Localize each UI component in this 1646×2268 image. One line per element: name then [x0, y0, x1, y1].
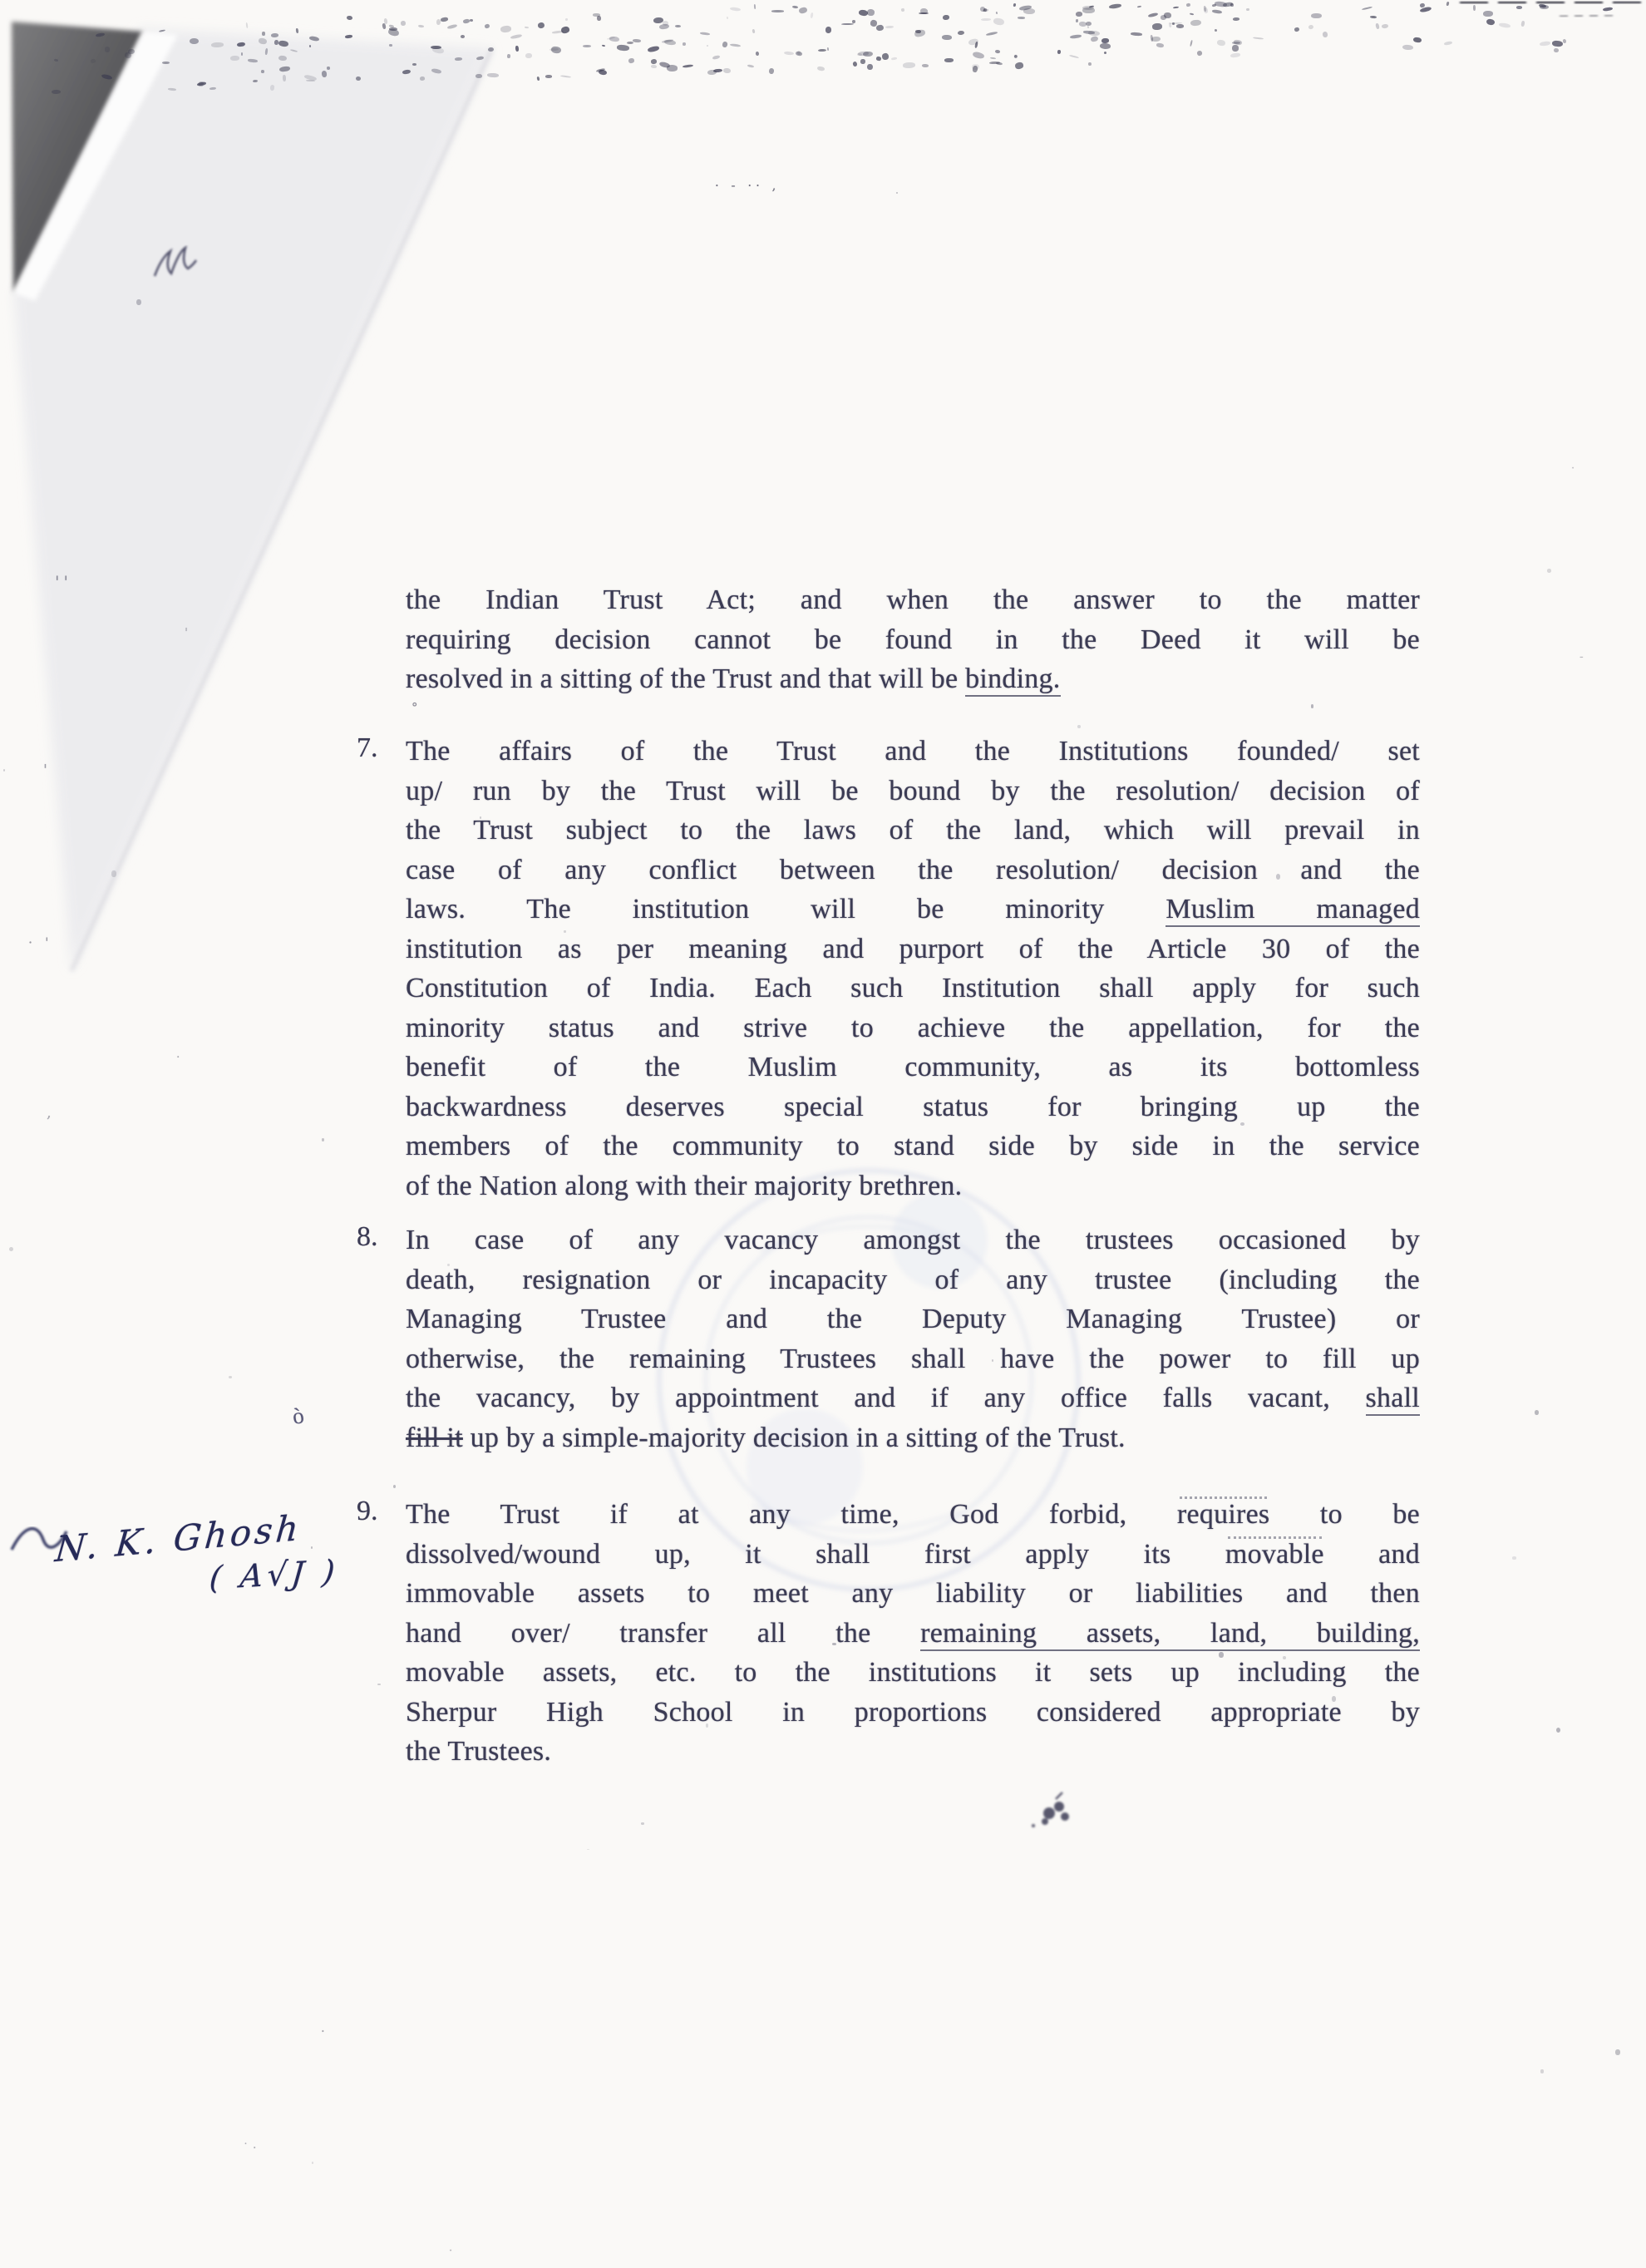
margin-speck: • — [1013, 52, 1023, 64]
scan-noise-speck — [784, 51, 794, 55]
scan-noise-speck — [1232, 42, 1240, 44]
margin-speck: '' — [55, 572, 72, 592]
scan-noise-speck — [1185, 3, 1190, 7]
scan-noise-speck — [1473, 5, 1476, 11]
scan-noise-speck — [754, 4, 756, 9]
scan-noise-speck — [870, 19, 878, 27]
scan-noise-speck — [279, 66, 291, 72]
scan-noise-speck — [707, 45, 709, 47]
scan-noise-speck — [723, 68, 732, 74]
emphasized-text: requires — [1177, 1499, 1270, 1530]
scan-noise-speck — [344, 35, 352, 39]
dust-speck — [1540, 2069, 1545, 2073]
margin-speck: ° — [411, 700, 422, 715]
scan-noise-speck — [1190, 12, 1195, 15]
scan-noise-speck — [1104, 51, 1107, 54]
emphasized-text: Muslim managed — [1166, 894, 1420, 927]
scan-noise-speck — [1446, 2, 1450, 6]
scan-noise-speck — [647, 46, 659, 53]
text-line: case of any conflict between the resolut… — [406, 850, 1420, 890]
scan-noise-speck — [278, 55, 288, 61]
scan-noise-speck — [859, 9, 869, 16]
scan-noise-speck — [795, 52, 802, 57]
paragraph: 9.The Trust if at any time, God forbid, … — [357, 1495, 1420, 1772]
scan-noise-speck — [551, 30, 563, 33]
text-line: benefit of the Muslim community, as its … — [406, 1048, 1420, 1087]
scan-noise-speck — [389, 25, 395, 28]
scan-noise-speck — [309, 36, 320, 42]
scan-noise-speck — [1552, 40, 1563, 47]
scan-noise-speck — [1212, 4, 1216, 7]
scan-noise-speck — [792, 6, 799, 9]
emphasized-text: fill it — [406, 1422, 463, 1453]
scan-noise-speck — [944, 58, 954, 62]
scan-noise-speck — [1076, 19, 1078, 22]
dust-speck — [1512, 1556, 1516, 1559]
scan-noise-speck — [1190, 19, 1201, 26]
scan-noise-speck — [593, 13, 600, 17]
scan-noise-speck — [919, 12, 928, 14]
scan-noise-speck — [769, 68, 774, 75]
scan-noise-speck — [876, 57, 881, 62]
scan-noise-speck — [389, 43, 392, 46]
scan-noise-speck — [1070, 34, 1082, 39]
corner-gap — [13, 32, 178, 301]
scan-noise-speck — [1170, 22, 1182, 25]
scan-noise-speck — [322, 70, 328, 76]
scan-noise-speck — [1101, 38, 1109, 43]
scan-noise-speck — [597, 16, 601, 21]
scan-noise-speck — [901, 8, 904, 12]
scan-noise-speck — [461, 35, 466, 38]
scan-noise-speck — [197, 81, 206, 86]
scan-noise-speck — [537, 22, 545, 29]
scan-noise-speck — [607, 37, 615, 40]
scan-noise-speck — [860, 59, 866, 64]
scan-noise-speck — [1156, 42, 1164, 47]
scan-noise-speck — [627, 42, 633, 45]
text-line: backwardness deserves special status for… — [406, 1087, 1420, 1127]
margin-speck: · — [449, 2245, 456, 2257]
dust-speck — [1556, 1728, 1561, 1733]
scan-noise-speck — [1087, 25, 1089, 28]
scan-noise-speck — [818, 48, 826, 52]
scan-noise-speck — [1602, 7, 1613, 12]
scan-noise-speck — [209, 87, 216, 91]
scan-noise-speck — [1160, 15, 1166, 21]
paragraph-number: 9. — [357, 1496, 378, 1527]
scan-noise-speck — [515, 46, 518, 52]
scan-noise-speck — [262, 32, 265, 36]
scan-noise-speck — [1362, 7, 1372, 11]
dust-speck — [322, 1138, 324, 1141]
scan-noise-speck — [664, 40, 677, 47]
scan-noise-speck — [1308, 25, 1314, 31]
scan-noise-speck — [1413, 37, 1422, 42]
dust-speck — [1547, 569, 1551, 572]
margin-speck: · ' — [28, 934, 53, 950]
scan-noise-speck — [752, 29, 756, 33]
scan-noise-speck — [1019, 5, 1032, 12]
scan-noise-speck — [858, 52, 869, 57]
scan-noise-speck — [730, 7, 741, 12]
scan-noise-speck — [662, 38, 673, 42]
scan-noise-speck — [658, 24, 669, 31]
scan-noise-speck — [198, 81, 203, 86]
scan-noise-speck — [995, 62, 1003, 66]
scan-noise-speck — [1294, 27, 1299, 32]
emphasized-text: movable — [1225, 1539, 1324, 1570]
text-line: of the Nation along with their majority … — [406, 1166, 1420, 1206]
scan-noise-speck — [730, 44, 742, 48]
scan-noise-speck — [942, 15, 949, 21]
scan-noise-speck — [1014, 62, 1024, 70]
dust-speck — [393, 1485, 396, 1488]
scan-noise-speck — [675, 24, 681, 27]
scan-noise-speck — [96, 32, 106, 37]
scan-noise-speck — [989, 57, 995, 60]
margin-speck: · — [321, 2024, 329, 2039]
scan-noise-speck — [230, 55, 239, 60]
scan-noise-speck — [1100, 43, 1111, 50]
scan-noise-speck — [124, 52, 131, 59]
scan-noise-speck — [817, 66, 825, 71]
scan-noise-speck — [1057, 50, 1061, 54]
scan-noise-speck — [811, 12, 814, 19]
scan-noise-speck — [755, 52, 759, 57]
scan-noise-speck — [1151, 36, 1161, 42]
scan-noise-speck — [1443, 41, 1452, 46]
scan-noise-speck — [1234, 39, 1243, 45]
scan-noise-speck — [616, 45, 628, 52]
scan-noise-speck — [420, 76, 426, 80]
scan-noise-speck — [747, 64, 755, 67]
scan-noise-speck — [1499, 22, 1510, 28]
scan-noise-speck — [54, 59, 59, 62]
scan-noise-speck — [1023, 8, 1034, 14]
text-line: the Trust subject to the laws of the lan… — [406, 811, 1420, 850]
scan-noise-speck — [440, 17, 447, 22]
scan-noise-speck — [1540, 42, 1550, 47]
scan-noise-speck — [383, 17, 387, 24]
text-line: institution as per meaning and purport o… — [406, 929, 1420, 969]
scan-noise-speck — [90, 58, 95, 63]
scan-noise-speck — [246, 22, 249, 27]
scan-noise-speck — [609, 36, 620, 42]
scan-noise-speck — [545, 75, 552, 77]
scan-noise-speck — [713, 68, 723, 72]
dust-speck — [229, 1376, 232, 1378]
scan-noise-speck — [914, 28, 926, 37]
scan-noise-speck — [430, 45, 441, 49]
scan-noise-speck — [101, 73, 112, 80]
scan-noise-speck — [663, 21, 669, 26]
text-line: In case of any vacancy amongst the trust… — [406, 1220, 1420, 1260]
text-line: The Trust if at any time, God forbid, re… — [406, 1495, 1420, 1535]
scan-noise-speck — [885, 26, 894, 29]
scan-noise-speck — [1082, 7, 1094, 13]
scan-noise-speck — [1230, 3, 1234, 7]
text-line: hand over/ transfer all the remaining as… — [406, 1614, 1420, 1654]
scan-noise-speck — [1538, 3, 1545, 8]
paragraph-number: 7. — [357, 732, 378, 764]
dust-speck — [1615, 2049, 1620, 2055]
scan-noise-speck — [1148, 12, 1159, 18]
dust-speck — [312, 2162, 313, 2164]
scan-noise-speck — [1215, 1, 1227, 7]
scan-noise-speck — [1246, 8, 1249, 11]
paragraph: the Indian Trust Act; and when the answe… — [406, 580, 1420, 699]
text-line: Constitution of India. Each such Institu… — [406, 969, 1420, 1008]
dust-speck — [587, 1849, 589, 1850]
scan-noise-speck — [852, 19, 856, 22]
scan-noise-speck — [1018, 17, 1025, 19]
scan-noise-speck — [1173, 6, 1179, 8]
scan-noise-speck — [650, 65, 656, 68]
text-line: requiring decision cannot be found in th… — [406, 620, 1420, 660]
scan-noise-speck — [1090, 36, 1098, 42]
scan-noise-speck — [278, 40, 288, 47]
scan-noise-speck — [968, 38, 979, 47]
text-line: dissolved/wound up, it shall first apply… — [406, 1535, 1420, 1575]
scan-noise-speck — [1088, 31, 1101, 37]
scan-noise-speck — [549, 48, 559, 52]
scan-noise-speck — [382, 23, 386, 29]
scan-noise-speck — [658, 61, 670, 68]
scan-noise-speck — [1069, 54, 1079, 58]
scan-noise-speck — [1322, 32, 1328, 38]
scan-noise-speck — [271, 33, 279, 37]
scan-noise-speck — [1137, 5, 1141, 7]
text-line: the Indian Trust Act; and when the answe… — [406, 580, 1420, 620]
scan-noise-speck — [1176, 24, 1184, 27]
dust-speck — [641, 1822, 644, 1825]
margin-speck: ' — [185, 625, 192, 640]
ink-blot — [1032, 1792, 1069, 1827]
emphasized-text: remaining assets, land, building, — [920, 1618, 1420, 1651]
margin-circle-mark: ò — [291, 1403, 306, 1430]
scan-noise-speck — [462, 19, 470, 24]
scan-noise-speck — [190, 38, 199, 44]
scan-noise-speck — [1483, 11, 1493, 17]
scan-noise-speck — [551, 47, 562, 55]
paragraph-number: 8. — [357, 1221, 378, 1253]
corner-initials-squiggle — [155, 248, 196, 276]
scan-noise-speck — [476, 56, 483, 61]
text-line: up/ run by the Trust will be bound by th… — [406, 772, 1420, 811]
scan-noise-speck — [700, 32, 711, 36]
scan-noise-speck — [510, 33, 522, 39]
scan-noise-speck — [1420, 6, 1432, 13]
scan-noise-speck — [387, 28, 400, 37]
scan-noise-speck — [683, 42, 686, 46]
scan-noise-speck — [436, 19, 441, 25]
scan-noise-speck — [1230, 53, 1240, 58]
scan-noise-speck — [265, 48, 269, 55]
text-line: laws. The institution will be minority M… — [406, 890, 1420, 929]
scan-noise-speck — [972, 64, 979, 70]
scan-noise-speck — [1152, 23, 1163, 30]
scan-noise-speck — [389, 27, 397, 31]
scan-noise-speck — [986, 32, 998, 37]
scan-noise-speck — [1076, 11, 1083, 16]
scan-noise-speck — [1253, 37, 1264, 40]
scan-noise-speck — [488, 47, 495, 52]
scan-noise-speck — [1169, 22, 1171, 27]
emphasized-text: shall — [1366, 1383, 1420, 1416]
scan-noise-speck — [857, 53, 862, 56]
signature-initials: ( A√J ) — [208, 1553, 340, 1596]
scan-noise-speck — [867, 64, 872, 70]
scan-noise-speck — [1013, 3, 1016, 7]
text-line: the Trustees. — [406, 1732, 1420, 1772]
scan-noise-speck — [683, 65, 693, 69]
scan-noise-speck — [881, 53, 889, 61]
scan-noise-speck — [128, 49, 136, 55]
scan-noise-speck — [274, 40, 279, 45]
text-line: movable assets, etc. to the institutions… — [406, 1653, 1420, 1693]
margin-speck: ' — [43, 762, 52, 779]
text-line: the vacancy, by appointment and if any o… — [406, 1378, 1420, 1418]
text-line: fill it up by a simple-majority decision… — [406, 1418, 1420, 1458]
scan-noise-speck — [240, 52, 242, 56]
scan-noise-speck — [261, 70, 264, 73]
top-edge-line — [1460, 2, 1646, 3]
scan-noise-speck — [922, 64, 929, 67]
scan-noise-speck — [431, 68, 442, 74]
scan-noise-speck — [1197, 50, 1203, 56]
scan-noise-speck — [583, 45, 591, 47]
text-line: death, resignation or incapacity of any … — [406, 1260, 1420, 1300]
scan-noise-speck — [1088, 62, 1092, 66]
scan-noise-speck — [290, 49, 298, 52]
scanned-page: '''· '',··˙···-°‐‐•· ‐ ·· , the Indian T… — [0, 0, 1646, 2268]
text-line: otherwise, the remaining Trustees shall … — [406, 1339, 1420, 1379]
scan-noise-speck — [1083, 31, 1095, 35]
scan-noise-speck — [356, 76, 361, 81]
scan-noise-speck — [1232, 45, 1239, 52]
scan-noise-speck — [867, 8, 875, 15]
scan-noise-speck — [1311, 13, 1321, 18]
scan-noise-speck — [915, 30, 921, 33]
scan-noise-speck — [983, 8, 987, 12]
scan-noise-speck — [727, 16, 729, 18]
scan-noise-speck — [1203, 7, 1208, 14]
scan-noise-speck — [447, 23, 458, 29]
scan-noise-speck — [525, 53, 532, 58]
dust-speck — [111, 870, 116, 876]
scan-noise-speck — [309, 45, 311, 47]
dust-speck — [9, 1247, 13, 1251]
scan-noise-speck — [707, 69, 717, 75]
scan-noise-speck — [476, 74, 482, 78]
scan-noise-speck — [973, 65, 978, 72]
scan-noise-speck — [1486, 19, 1496, 27]
scan-noise-speck — [988, 62, 999, 64]
scan-noise-speck — [1382, 23, 1389, 28]
scan-noise-speck — [1130, 32, 1141, 37]
scan-noise-speck — [565, 18, 568, 21]
scan-noise-speck — [1554, 48, 1559, 53]
scan-noise-speck — [1086, 22, 1092, 27]
dust-speck — [1535, 1410, 1539, 1415]
scan-noise-speck — [537, 76, 541, 81]
scan-noise-speck — [1402, 45, 1413, 51]
scan-noise-speck — [432, 46, 445, 53]
text-line: The affairs of the Trust and the Institu… — [406, 732, 1420, 772]
scan-noise-speck — [1204, 6, 1207, 12]
scan-noise-speck — [1172, 22, 1174, 26]
scan-noise-speck — [162, 62, 170, 64]
scan-noise-speck — [993, 17, 1005, 26]
scan-noise-speck — [1223, 2, 1233, 8]
scan-noise-speck — [418, 25, 424, 28]
scan-noise-speck — [995, 49, 1000, 53]
scan-noise-speck — [825, 26, 832, 32]
scan-noise-speck — [722, 41, 727, 47]
scan-noise-speck — [507, 54, 510, 59]
scan-noise-speck — [1540, 5, 1550, 9]
scan-noise-speck — [797, 51, 801, 55]
scan-noise-speck — [270, 85, 275, 91]
scan-noise-speck — [628, 57, 634, 63]
scan-noise-speck — [560, 26, 570, 34]
emphasized-text: binding. — [965, 663, 1060, 697]
scan-noise-speck — [237, 42, 246, 47]
scan-noise-speck — [1109, 3, 1121, 9]
scan-noise-speck — [347, 16, 353, 21]
scan-noise-speck — [598, 69, 607, 76]
scan-noise-speck — [400, 21, 406, 27]
scan-noise-speck — [980, 6, 985, 11]
paragraph: 8.In case of any vacancy amongst the tru… — [357, 1220, 1420, 1457]
scan-noise-speck — [1419, 2, 1425, 7]
scan-noise-speck — [168, 88, 177, 91]
scan-noise-speck — [1376, 23, 1380, 30]
scan-noise-speck — [771, 10, 784, 12]
scan-noise-speck — [919, 8, 928, 15]
scan-noise-speck — [650, 58, 657, 64]
margin-speck: · — [1571, 462, 1579, 475]
scan-noise-speck — [596, 68, 605, 73]
scan-noise-speck — [306, 80, 315, 82]
dust-speck — [1077, 725, 1081, 728]
scan-noise-speck — [484, 24, 490, 29]
scan-noise-speck — [827, 47, 830, 51]
scan-noise-speck — [159, 29, 166, 32]
scan-noise-speck — [1079, 21, 1087, 27]
margin-speck: · ‐ ·· , — [715, 178, 780, 193]
top-edge-dash — [1560, 15, 1619, 17]
text-line: minority status and strive to achieve th… — [406, 1008, 1420, 1048]
scan-noise-speck — [1520, 21, 1525, 27]
scan-noise-speck — [996, 12, 998, 15]
scan-noise-speck — [712, 55, 721, 60]
dust-speck — [1311, 704, 1313, 708]
scan-noise-speck — [633, 39, 641, 43]
dust-speck — [3, 769, 5, 772]
margin-speck: , — [47, 1104, 56, 1122]
scan-noise-speck — [975, 42, 979, 48]
scan-noise-speck — [500, 25, 512, 32]
scan-noise-speck — [211, 42, 224, 47]
scan-noise-speck — [983, 9, 989, 12]
text-line: Sherpur High School in proportions consi… — [406, 1693, 1420, 1733]
dust-speck — [896, 192, 898, 194]
text-line: Managing Trustee and the Deputy Managing… — [406, 1299, 1420, 1339]
scan-noise-speck — [981, 17, 991, 20]
scan-noise-speck — [853, 61, 858, 67]
